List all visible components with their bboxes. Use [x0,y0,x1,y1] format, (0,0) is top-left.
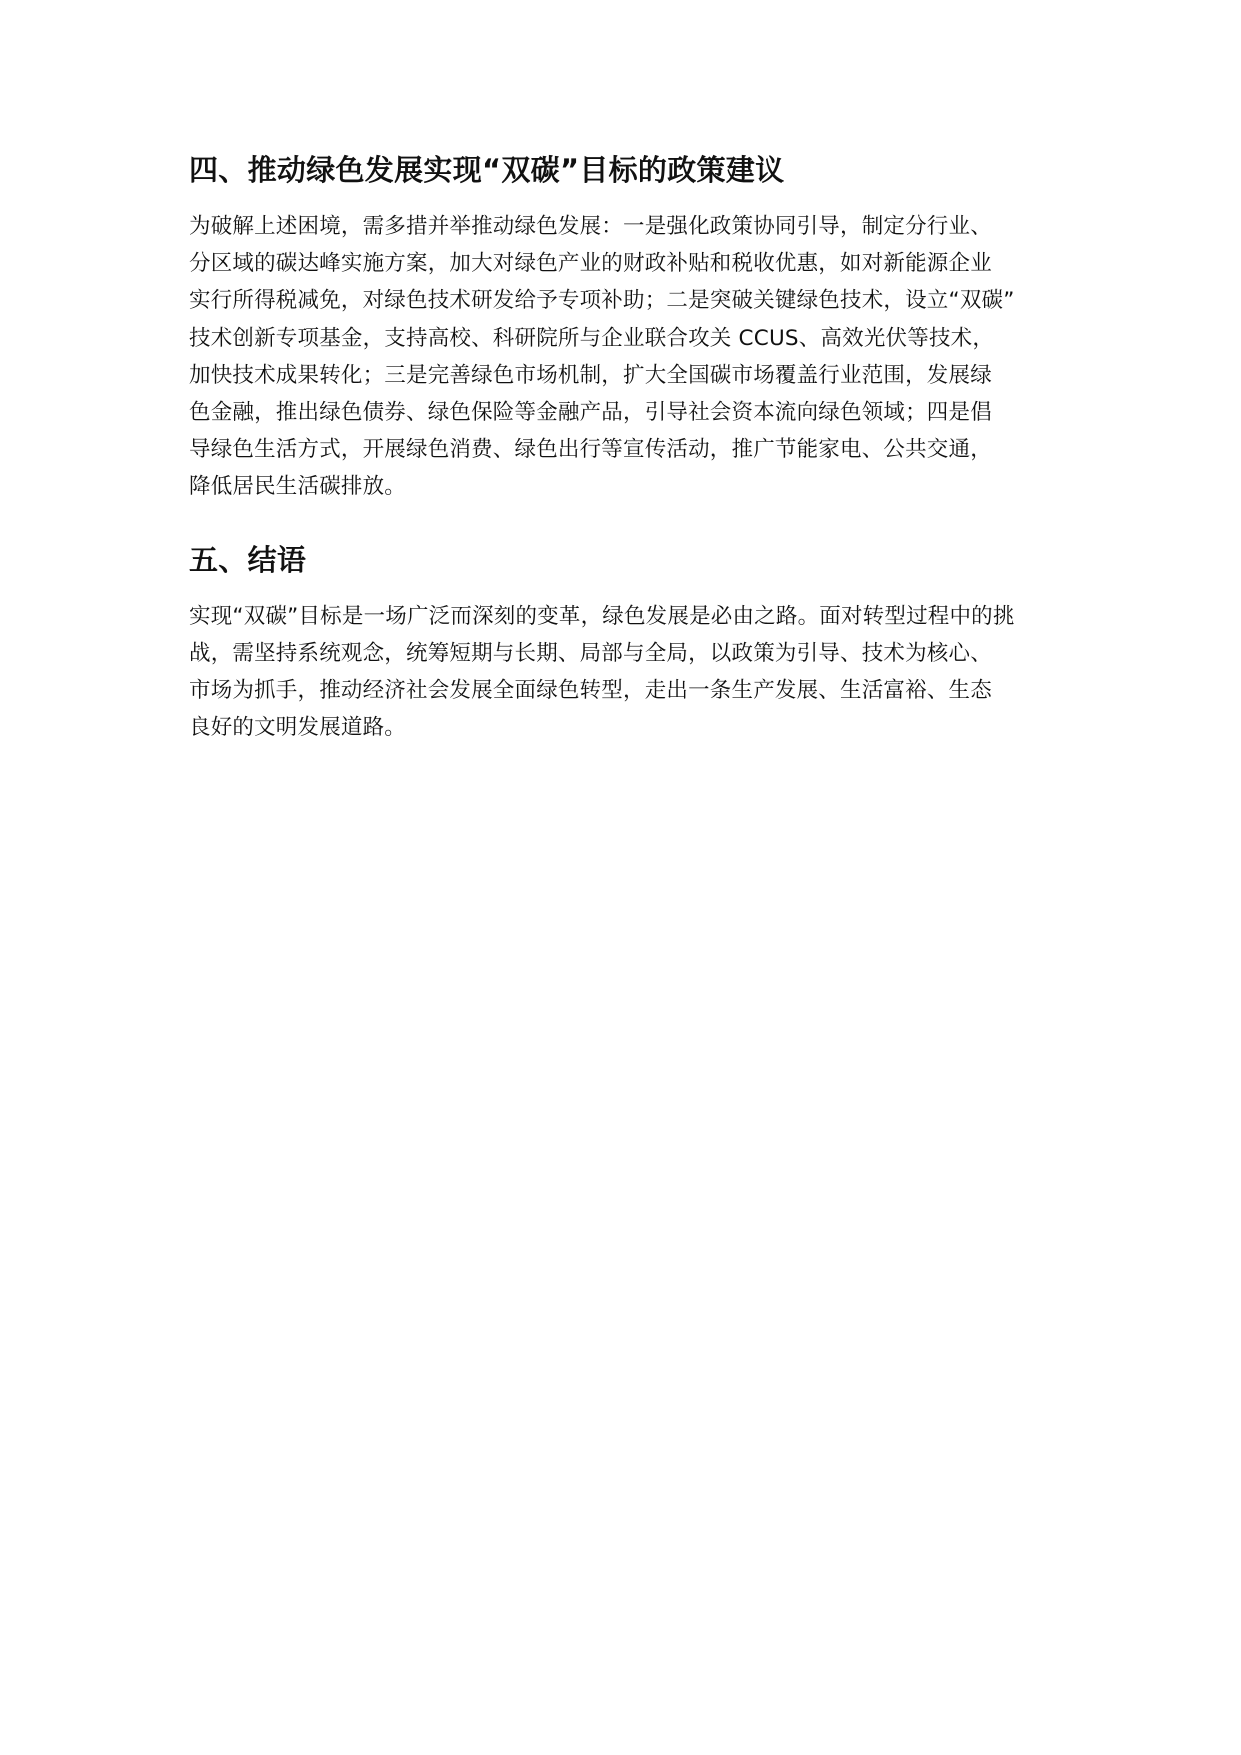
section-paragraph: 实现“双碳”目标是一场广泛而深刻的变革，绿色发展是必由之路。面对转型过程中的挑 … [189,598,1049,747]
paragraph-line: 导绿色生活方式，开展绿色消费、绿色出行等宣传活动，推广节能家电、公共交通， [189,431,1049,468]
document-body: 四、推动绿色发展实现“双碳”目标的政策建议 为破解上述困境，需多措并举推动绿色发… [189,145,1049,746]
section-heading: 五、结语 [189,535,1049,585]
paragraph-line: 分区域的碳达峰实施方案，加大对绿色产业的财政补贴和税收优惠，如对新能源企业 [189,245,1049,282]
section-paragraph: 为破解上述困境，需多措并举推动绿色发展：一是强化政策协同引导，制定分行业、 分区… [189,208,1049,506]
paragraph-line: 为破解上述困境，需多措并举推动绿色发展：一是强化政策协同引导，制定分行业、 [189,208,1049,245]
section-policy-recommendations: 四、推动绿色发展实现“双碳”目标的政策建议 为破解上述困境，需多措并举推动绿色发… [189,145,1049,506]
paragraph-line: 市场为抓手，推动经济社会发展全面绿色转型，走出一条生产发展、生活富裕、生态 [189,672,1049,709]
paragraph-line: 技术创新专项基金，支持高校、科研院所与企业联合攻关 CCUS、高效光伏等技术， [189,320,1049,357]
document-page: 四、推动绿色发展实现“双碳”目标的政策建议 为破解上述困境，需多措并举推动绿色发… [0,0,1241,1755]
section-conclusion: 五、结语 实现“双碳”目标是一场广泛而深刻的变革，绿色发展是必由之路。面对转型过… [189,535,1049,747]
paragraph-line: 色金融，推出绿色债券、绿色保险等金融产品，引导社会资本流向绿色领域；四是倡 [189,394,1049,431]
paragraph-line: 战，需坚持系统观念，统筹短期与长期、局部与全局，以政策为引导、技术为核心、 [189,635,1049,672]
paragraph-line: 实现“双碳”目标是一场广泛而深刻的变革，绿色发展是必由之路。面对转型过程中的挑 [189,598,1049,635]
paragraph-line: 加快技术成果转化；三是完善绿色市场机制，扩大全国碳市场覆盖行业范围，发展绿 [189,357,1049,394]
paragraph-line: 良好的文明发展道路。 [189,709,1049,746]
paragraph-line: 降低居民生活碳排放。 [189,468,1049,505]
paragraph-line: 实行所得税减免，对绿色技术研发给予专项补助；二是突破关键绿色技术，设立“双碳” [189,282,1049,319]
section-heading: 四、推动绿色发展实现“双碳”目标的政策建议 [189,145,1049,195]
